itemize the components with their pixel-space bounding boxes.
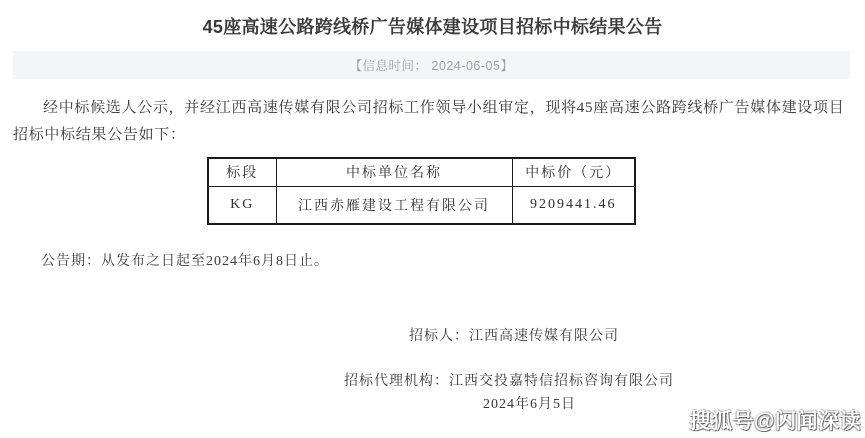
table-row: KG 江西赤雁建设工程有限公司 9209441.46 — [208, 186, 635, 224]
table-cell-section: KG — [208, 186, 276, 224]
tenderer-line: 招标人：江西高速传媒有限公司 — [409, 325, 619, 345]
page-title: 45座高速公路跨线桥广告媒体建设项目招标中标结果公告 — [0, 13, 865, 39]
agency-line: 招标代理机构：江西交投嘉特信招标咨询有限公司 — [344, 370, 674, 390]
table-cell-company: 江西赤雁建设工程有限公司 — [276, 186, 512, 224]
table-header-company: 中标单位名称 — [276, 158, 512, 186]
table-header-section: 标段 — [208, 158, 276, 186]
info-time-bar: 【信息时间： 2024-06-05】 — [13, 51, 850, 79]
info-time-text: 【信息时间： 2024-06-05】 — [350, 56, 514, 74]
table-cell-price: 9209441.46 — [512, 186, 635, 224]
date-line: 2024年6月5日 — [483, 393, 576, 413]
body-paragraph: 经中标候选人公示，并经江西高速传媒有限公司招标工作领导小组审定，现将45座高速公… — [13, 95, 848, 149]
bid-results-table: 标段 中标单位名称 中标价（元） KG 江西赤雁建设工程有限公司 9209441… — [207, 157, 636, 225]
sohu-watermark: 搜狐号@闪闻深读 — [690, 405, 861, 435]
table-header-row: 标段 中标单位名称 中标价（元） — [208, 158, 635, 186]
table-header-price: 中标价（元） — [512, 158, 635, 186]
notice-period-text: 公告期：从发布之日起至2024年6月8日止。 — [13, 250, 848, 270]
